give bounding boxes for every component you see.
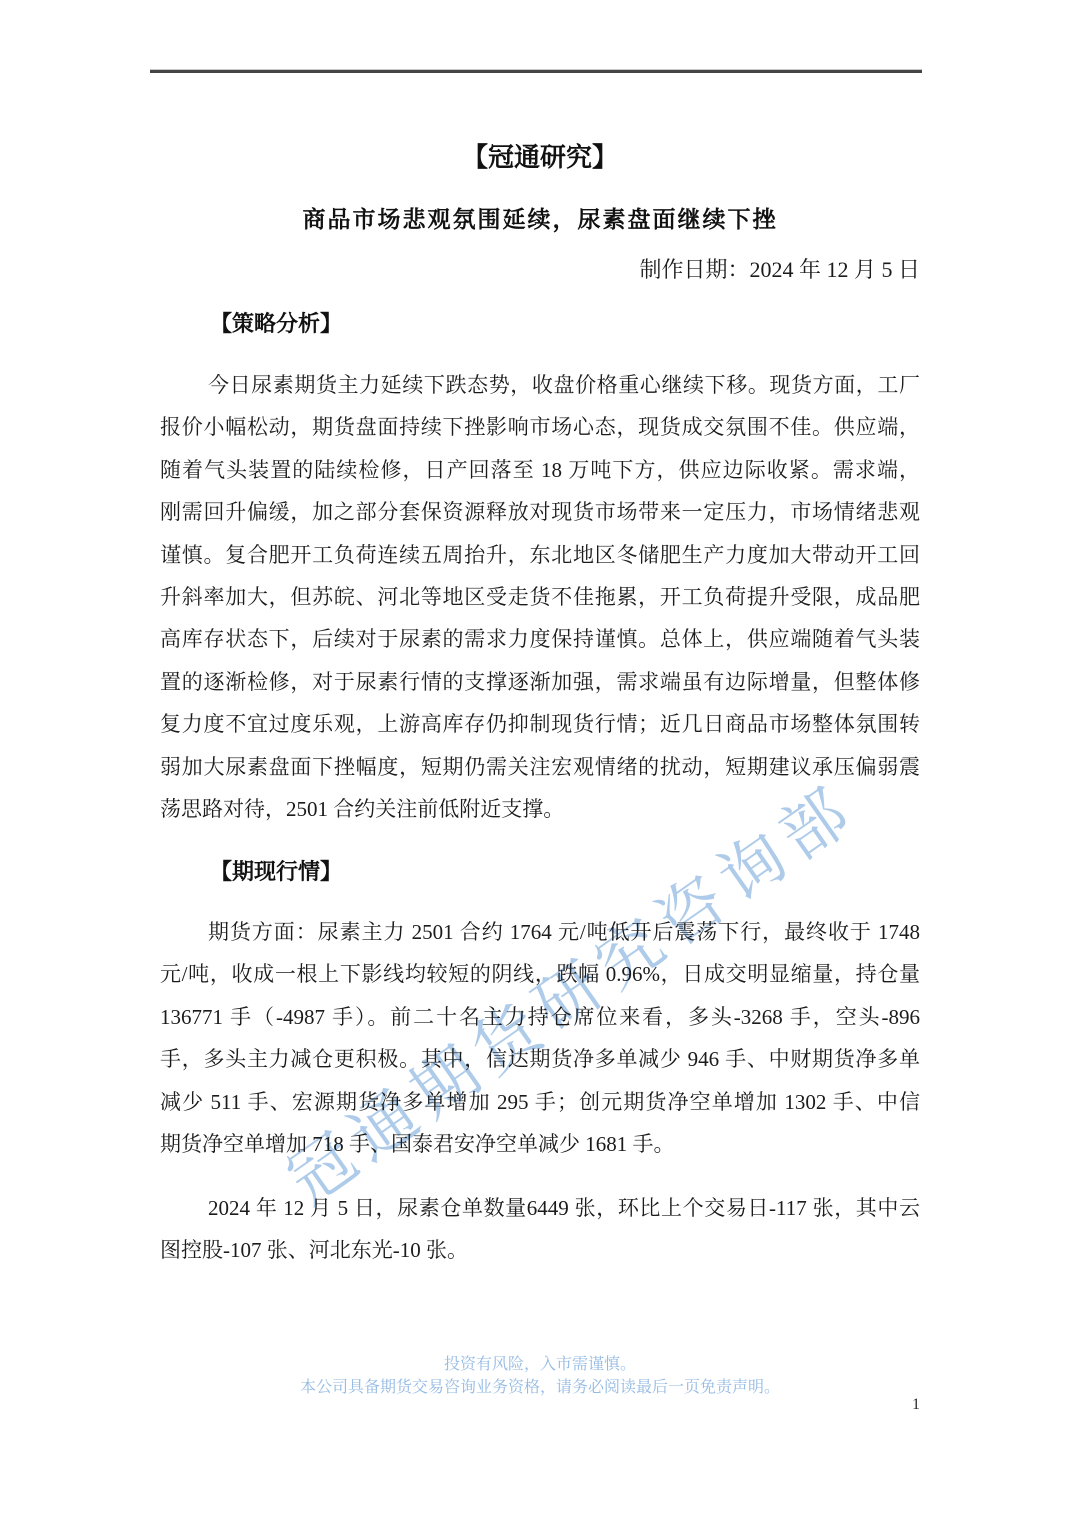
footer-risk-line: 投资有风险，入市需谨慎。 — [0, 1353, 1080, 1376]
text-line: 刚需回升偏缓，加之部分套保资源释放对现货市场带来一定压力，市场情绪悲观 — [160, 491, 920, 533]
warehouse-receipt-paragraph: 2024 年 12 月 5 日，尿素仓单数量6449 张，环比上个交易日-117… — [160, 1187, 920, 1272]
text-line: 期货净空单增加 718 手、国泰君安净空单减少 1681 手。 — [160, 1123, 920, 1165]
strategy-paragraph: 今日尿素期货主力延续下跌态势，收盘价格重心继续下移。现货方面，工厂报价小幅松动，… — [160, 364, 920, 830]
text-line: 谨慎。复合肥开工负荷连续五周抬升，东北地区冬储肥生产力度加大带动开工回 — [160, 534, 920, 576]
report-date: 制作日期：2024 年 12 月 5 日 — [160, 249, 920, 291]
text-line: 元/吨，收成一根上下影线均较短的阴线，跌幅 0.96%，日成交明显缩量，持仓量 — [160, 953, 920, 995]
text-line: 升斜率加大，但苏皖、河北等地区受走货不佳拖累，开工负荷提升受限，成品肥 — [160, 576, 920, 618]
brand-title: 【冠通研究】 — [0, 137, 1080, 179]
text-line: 减少 511 手、宏源期货净多单增加 295 手；创元期货净空单增加 1302 … — [160, 1081, 920, 1123]
page-number: 1 — [870, 1396, 920, 1414]
page-footer: 投资有风险，入市需谨慎。 本公司具备期货交易咨询业务资格，请务必阅读最后一页免责… — [0, 1353, 1080, 1399]
header-rule — [150, 70, 922, 73]
text-line: 报价小幅松动，期货盘面持续下挫影响市场心态，现货成交氛围不佳。供应端， — [160, 406, 920, 448]
document-page: 冠通期货研究咨询部 【冠通研究】 商品市场悲观氛围延续，尿素盘面继续下挫 制作日… — [0, 0, 1080, 1527]
section-heading-market: 【期现行情】 — [160, 851, 920, 893]
text-line: 手，多头主力减仓更积极。其中，信达期货净多单减少 946 手、中财期货净多单 — [160, 1038, 920, 1080]
report-title: 商品市场悲观氛围延续，尿素盘面继续下挫 — [0, 199, 1080, 241]
text-line: 复力度不宜过度乐观，上游高库存仍抑制现货行情；近几日商品市场整体氛围转 — [160, 703, 920, 745]
text-line: 136771 手（-4987 手）。前二十名主力持仓席位来看，多头-3268 手… — [160, 996, 920, 1038]
section-heading-strategy: 【策略分析】 — [160, 303, 920, 345]
text-line: 置的逐渐检修，对于尿素行情的支撑逐渐加强，需求端虽有边际增量，但整体修 — [160, 661, 920, 703]
text-line: 图控股-107 张、河北东光-10 张。 — [160, 1229, 920, 1271]
text-line: 今日尿素期货主力延续下跌态势，收盘价格重心继续下移。现货方面，工厂 — [160, 364, 920, 406]
text-line: 弱加大尿素盘面下挫幅度，短期仍需关注宏观情绪的扰动，短期建议承压偏弱震 — [160, 746, 920, 788]
text-line: 高库存状态下，后续对于尿素的需求力度保持谨慎。总体上，供应端随着气头装 — [160, 618, 920, 660]
text-line: 随着气头装置的陆续检修，日产回落至 18 万吨下方，供应边际收紧。需求端， — [160, 449, 920, 491]
text-line: 期货方面：尿素主力 2501 合约 1764 元/吨低开后震荡下行，最终收于 1… — [160, 911, 920, 953]
text-line: 荡思路对待，2501 合约关注前低附近支撑。 — [160, 788, 920, 830]
text-line: 2024 年 12 月 5 日，尿素仓单数量6449 张，环比上个交易日-117… — [160, 1187, 920, 1229]
futures-paragraph: 期货方面：尿素主力 2501 合约 1764 元/吨低开后震荡下行，最终收于 1… — [160, 911, 920, 1165]
